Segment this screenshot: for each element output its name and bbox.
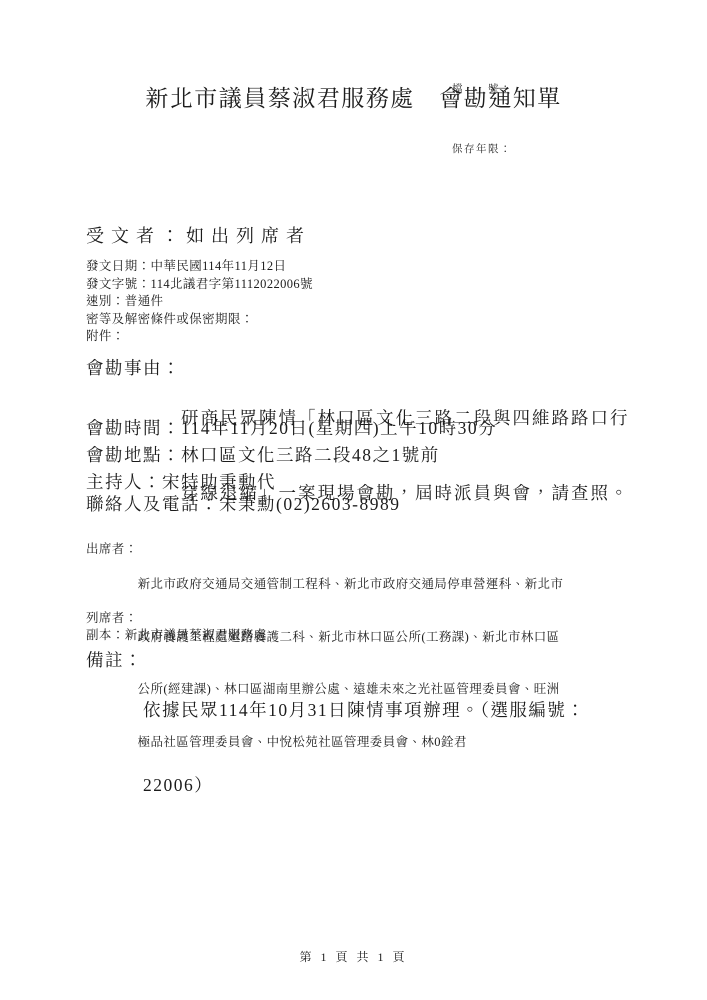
remarks-label: 備註：	[86, 648, 143, 673]
notice-document: 檔 號： 保存年限： 新北市議員蔡淑君服務處 會勘通知單 受文者： 如出列席者 …	[0, 0, 707, 1000]
cc-value: 新北市議員蔡淑君服務處	[125, 627, 267, 645]
remarks-value: 依據民眾114年10月31日陳情事項辦理。（選服編號： 22006）	[143, 648, 585, 848]
subject-label: 會勘事由：	[86, 356, 181, 381]
contact-value: 宋秉勳(02)2603-8989	[219, 492, 400, 517]
issue-date-label: 發文日期：	[86, 258, 151, 276]
priority-value: 普通件	[125, 293, 164, 311]
attendees-label: 出席者：	[86, 541, 138, 559]
field-contact: 聯絡人及電話： 宋秉勳(02)2603-8989	[86, 492, 400, 517]
place-label: 會勘地點：	[86, 443, 181, 468]
field-recipient: 受文者： 如出列席者	[86, 224, 311, 248]
field-doc-number: 發文字號： 114北議君字第1112022006號	[86, 276, 313, 294]
page-number: 第 1 頁 共 1 頁	[0, 948, 707, 965]
remarks-line-2: 22006）	[143, 773, 585, 798]
security-label: 密等及解密條件或保密期限：	[86, 311, 254, 329]
attachment-label: 附件：	[86, 328, 125, 346]
place-value: 林口區文化三路二段48之1號前	[181, 443, 440, 468]
observers-label: 列席者：	[86, 610, 138, 628]
field-inspection-place: 會勘地點： 林口區文化三路二段48之1號前	[86, 443, 440, 468]
field-cc: 副本： 新北市議員蔡淑君服務處	[86, 627, 267, 645]
field-observers: 列席者：	[86, 610, 138, 628]
time-value: 114年11月20日(星期四)上午10時30分	[181, 416, 497, 441]
retention-period-label: 保存年限：	[452, 140, 512, 160]
field-inspection-time: 會勘時間： 114年11月20日(星期四)上午10時30分	[86, 416, 497, 441]
field-remarks: 備註： 依據民眾114年10月31日陳情事項辦理。（選服編號： 22006）	[86, 648, 585, 848]
attendees-line-1: 新北市政府交通局交通管制工程科、新北市政府交通局停車營運科、新北市	[138, 576, 564, 594]
page-title: 新北市議員蔡淑君服務處 會勘通知單	[0, 80, 707, 113]
doc-number-label: 發文字號：	[86, 276, 151, 294]
meta-block: 發文日期： 中華民國114年11月12日 發文字號： 114北議君字第11120…	[86, 258, 313, 346]
issue-date-value: 中華民國114年11月12日	[151, 258, 287, 276]
recipient-value: 如出列席者	[186, 224, 311, 248]
field-security: 密等及解密條件或保密期限：	[86, 311, 313, 329]
field-issue-date: 發文日期： 中華民國114年11月12日	[86, 258, 313, 276]
field-attachment: 附件：	[86, 328, 313, 346]
doc-number-value: 114北議君字第1112022006號	[151, 276, 313, 294]
field-priority: 速別： 普通件	[86, 293, 313, 311]
archive-info: 檔 號： 保存年限：	[452, 40, 512, 200]
contact-label: 聯絡人及電話：	[86, 492, 219, 517]
priority-label: 速別：	[86, 293, 125, 311]
recipient-label: 受文者：	[86, 224, 186, 248]
time-label: 會勘時間：	[86, 416, 181, 441]
remarks-line-1: 依據民眾114年10月31日陳情事項辦理。（選服編號：	[143, 698, 585, 723]
cc-label: 副本：	[86, 627, 125, 645]
